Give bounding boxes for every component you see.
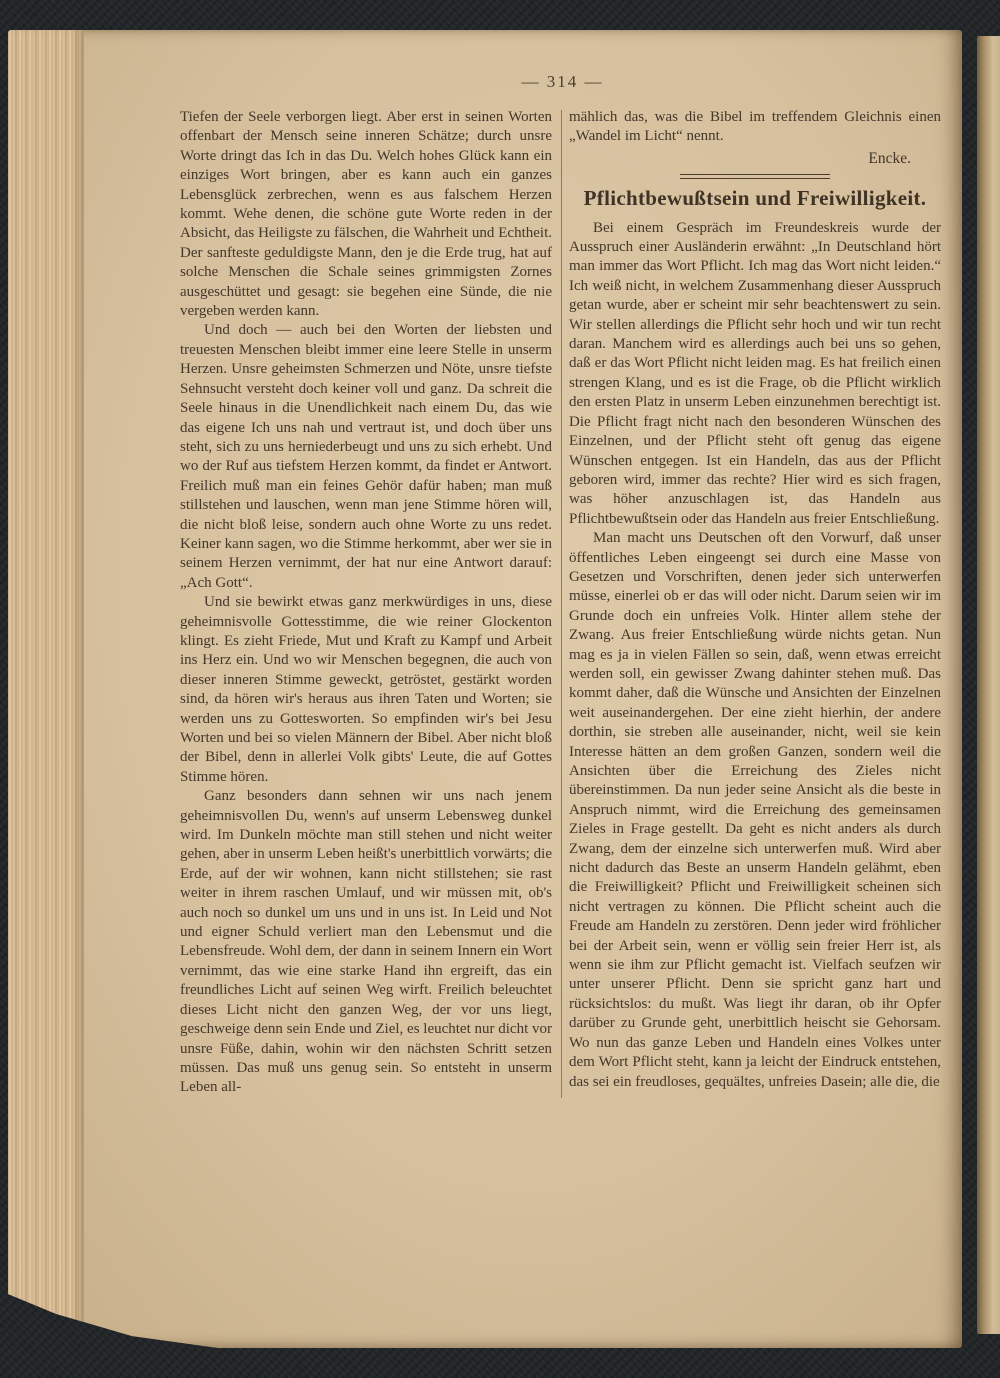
column-divider	[561, 110, 562, 1098]
facing-page-edge	[977, 36, 1000, 1334]
page-edge-stack	[8, 30, 84, 1348]
book-page: — 314 — Tiefen der Seele verborgen liegt…	[8, 30, 962, 1348]
text-column-right: mählich das, was die Bibel im treffendem…	[569, 108, 941, 1098]
article-continuation: mählich das, was die Bibel im treffendem…	[569, 108, 941, 147]
paragraph: Man macht uns Deutschen oft den Vorwurf,…	[569, 529, 941, 1092]
section-divider-rule	[680, 174, 830, 179]
page-content: — 314 — Tiefen der Seele verborgen liegt…	[180, 72, 945, 1308]
paragraph: Und sie bewirkt etwas ganz merkwürdiges …	[180, 593, 552, 787]
article-heading: Pflichtbewußtsein und Freiwilligkeit.	[569, 189, 941, 208]
paragraph: Ganz besonders dann sehnen wir uns nach …	[180, 787, 552, 1098]
paragraph: Tiefen der Seele verborgen liegt. Aber e…	[180, 108, 552, 321]
paragraph: Und doch — auch bei den Worten der liebs…	[180, 321, 552, 593]
text-columns: Tiefen der Seele verborgen liegt. Aber e…	[180, 108, 945, 1098]
paragraph: Bei einem Gespräch im Freundeskreis wurd…	[569, 219, 941, 530]
author-signature: Encke.	[569, 149, 941, 168]
page-number: — 314 —	[180, 72, 945, 92]
text-column-left: Tiefen der Seele verborgen liegt. Aber e…	[180, 108, 552, 1098]
